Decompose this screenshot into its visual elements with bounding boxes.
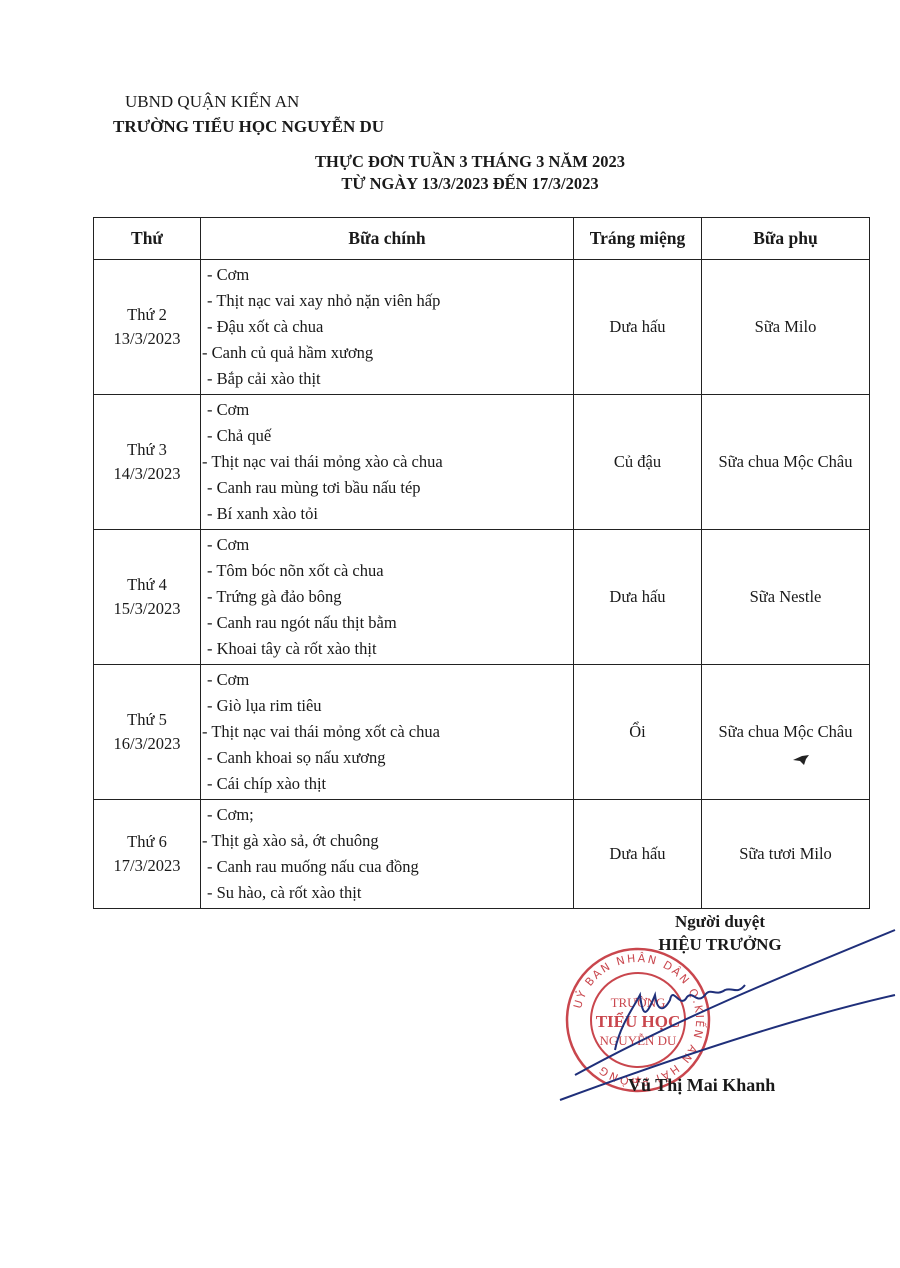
- date-label: 14/3/2023: [95, 462, 199, 486]
- dish-item: - Canh rau muống nấu cua đồng: [207, 854, 567, 880]
- dish-item: - Khoai tây cà rốt xào thịt: [207, 636, 567, 662]
- date-label: 15/3/2023: [95, 597, 199, 621]
- dessert-cell: Dưa hấu: [574, 800, 702, 909]
- table-row: Thứ 415/3/2023- Cơm- Tôm bóc nõn xốt cà …: [94, 530, 870, 665]
- dessert-cell: Dưa hấu: [574, 530, 702, 665]
- dish-item: - Trứng gà đảo bông: [207, 584, 567, 610]
- day-cell: Thứ 213/3/2023: [94, 260, 201, 395]
- dish-item: - Thịt nạc vai thái mỏng xào cà chua: [202, 449, 567, 475]
- dish-item: - Bí xanh xào tỏi: [207, 501, 567, 527]
- dish-item: - Cơm: [207, 397, 567, 423]
- weekday-label: Thứ 4: [95, 573, 199, 597]
- dish-item: - Cơm: [207, 532, 567, 558]
- weekday-label: Thứ 6: [95, 830, 199, 854]
- column-header-main-meal: Bữa chính: [201, 218, 574, 260]
- snack-cell: Sữa Nestle: [702, 530, 870, 665]
- day-cell: Thứ 617/3/2023: [94, 800, 201, 909]
- dessert-cell: Dưa hấu: [574, 260, 702, 395]
- dish-item: - Chả quế: [207, 423, 567, 449]
- principal-name: Vũ Thị Mai Khanh: [628, 1075, 775, 1096]
- dish-item: - Canh củ quả hầm xương: [202, 340, 567, 366]
- main-meal-cell: - Cơm- Giò lụa rim tiêu- Thịt nạc vai th…: [201, 665, 574, 800]
- dish-item: - Cái chíp xào thịt: [207, 771, 567, 797]
- day-cell: Thứ 516/3/2023: [94, 665, 201, 800]
- dish-item: - Bắp cải xào thịt: [207, 366, 567, 392]
- dessert-cell: Củ đậu: [574, 395, 702, 530]
- dish-item: - Canh rau ngót nấu thịt bằm: [207, 610, 567, 636]
- table-body: Thứ 213/3/2023- Cơm- Thịt nạc vai xay nh…: [94, 260, 870, 909]
- column-header-day: Thứ: [94, 218, 201, 260]
- dish-item: - Thịt gà xào sả, ớt chuông: [202, 828, 567, 854]
- table-row: Thứ 314/3/2023- Cơm- Chả quế- Thịt nạc v…: [94, 395, 870, 530]
- date-label: 16/3/2023: [95, 732, 199, 756]
- table-row: Thứ 213/3/2023- Cơm- Thịt nạc vai xay nh…: [94, 260, 870, 395]
- weekly-menu-table: Thứ Bữa chính Tráng miệng Bữa phụ Thứ 21…: [93, 217, 870, 909]
- snack-cell: Sữa tươi Milo: [702, 800, 870, 909]
- school-name: TRƯỜNG TIỂU HỌC NGUYỄN DU: [113, 117, 384, 137]
- dish-item: - Thịt nạc vai thái mỏng xốt cà chua: [202, 719, 567, 745]
- column-header-snack: Bữa phụ: [702, 218, 870, 260]
- document-date-range: TỪ NGÀY 13/3/2023 ĐẾN 17/3/2023: [0, 174, 900, 194]
- day-cell: Thứ 415/3/2023: [94, 530, 201, 665]
- table-row: Thứ 516/3/2023- Cơm- Giò lụa rim tiêu- T…: [94, 665, 870, 800]
- document-title: THỰC ĐƠN TUẦN 3 THÁNG 3 NĂM 2023: [0, 152, 900, 172]
- dish-item: - Thịt nạc vai xay nhỏ nặn viên hấp: [207, 288, 567, 314]
- snack-cell: Sữa Milo: [702, 260, 870, 395]
- dish-item: - Su hào, cà rốt xào thịt: [207, 880, 567, 906]
- table-row: Thứ 617/3/2023- Cơm;- Thịt gà xào sả, ớt…: [94, 800, 870, 909]
- main-meal-cell: - Cơm- Chả quế- Thịt nạc vai thái mỏng x…: [201, 395, 574, 530]
- district-name: UBND QUẬN KIẾN AN: [125, 92, 299, 112]
- snack-cell: Sữa chua Mộc Châu: [702, 665, 870, 800]
- dish-item: - Cơm: [207, 262, 567, 288]
- scan-mark-icon: [792, 753, 810, 771]
- table-header-row: Thứ Bữa chính Tráng miệng Bữa phụ: [94, 218, 870, 260]
- dish-item: - Cơm;: [207, 802, 567, 828]
- dish-item: - Cơm: [207, 667, 567, 693]
- dish-item: - Tôm bóc nõn xốt cà chua: [207, 558, 567, 584]
- dish-item: - Canh khoai sọ nấu xương: [207, 745, 567, 771]
- snack-cell: Sữa chua Mộc Châu: [702, 395, 870, 530]
- day-cell: Thứ 314/3/2023: [94, 395, 201, 530]
- dish-item: - Đậu xốt cà chua: [207, 314, 567, 340]
- main-meal-cell: - Cơm- Tôm bóc nõn xốt cà chua- Trứng gà…: [201, 530, 574, 665]
- column-header-dessert: Tráng miệng: [574, 218, 702, 260]
- dessert-cell: Ổi: [574, 665, 702, 800]
- weekday-label: Thứ 5: [95, 708, 199, 732]
- weekday-label: Thứ 3: [95, 438, 199, 462]
- main-meal-cell: - Cơm- Thịt nạc vai xay nhỏ nặn viên hấp…: [201, 260, 574, 395]
- dish-item: - Giò lụa rim tiêu: [207, 693, 567, 719]
- dish-item: - Canh rau mùng tơi bầu nấu tép: [207, 475, 567, 501]
- weekday-label: Thứ 2: [95, 303, 199, 327]
- main-meal-cell: - Cơm;- Thịt gà xào sả, ớt chuông- Canh …: [201, 800, 574, 909]
- date-label: 17/3/2023: [95, 854, 199, 878]
- date-label: 13/3/2023: [95, 327, 199, 351]
